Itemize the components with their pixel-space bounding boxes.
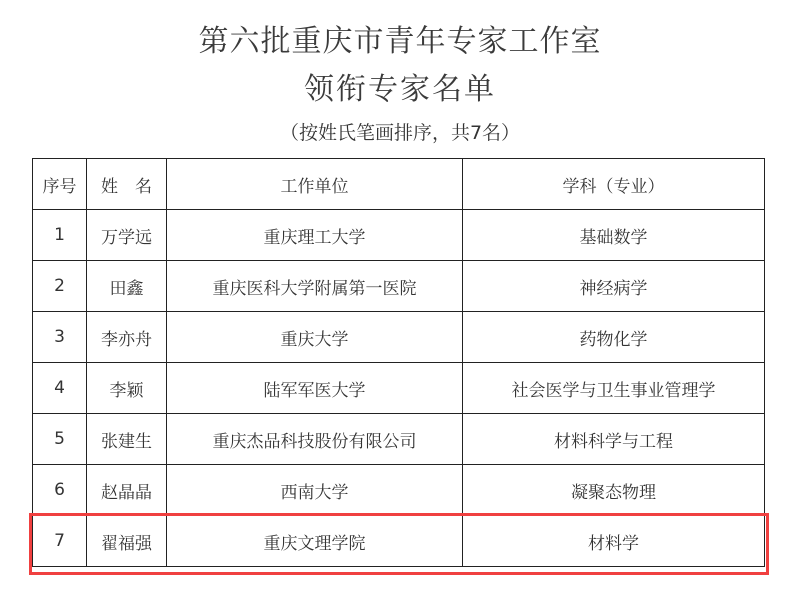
page-title: 第六批重庆市青年专家工作室 [0, 22, 800, 62]
cell-discipline: 基础数学 [463, 210, 765, 261]
cell-unit: 重庆理工大学 [167, 210, 463, 261]
cell-discipline: 社会医学与卫生事业管理学 [463, 363, 765, 414]
column-header-name: 姓 名 [87, 159, 167, 210]
table-row: 6 赵晶晶 西南大学 凝聚态物理 [33, 465, 765, 516]
cell-unit: 西南大学 [167, 465, 463, 516]
cell-name: 翟福强 [87, 516, 167, 567]
table-row: 4 李颖 陆军军医大学 社会医学与卫生事业管理学 [33, 363, 765, 414]
table-row: 1 万学远 重庆理工大学 基础数学 [33, 210, 765, 261]
page-subtitle: （按姓氏笔画排序，共7名） [0, 119, 800, 147]
table-row-highlighted: 7 翟福强 重庆文理学院 材料学 [33, 516, 765, 567]
cell-number: 4 [33, 363, 87, 414]
cell-name: 李颖 [87, 363, 167, 414]
expert-roster-table: 序号 姓 名 工作单位 学科（专业） 1 万学远 重庆理工大学 基础数学 2 田… [32, 158, 765, 567]
cell-unit: 重庆大学 [167, 312, 463, 363]
column-header-number: 序号 [33, 159, 87, 210]
cell-name: 赵晶晶 [87, 465, 167, 516]
cell-discipline: 材料学 [463, 516, 765, 567]
table-row: 3 李亦舟 重庆大学 药物化学 [33, 312, 765, 363]
cell-unit: 重庆杰品科技股份有限公司 [167, 414, 463, 465]
cell-name: 万学远 [87, 210, 167, 261]
cell-unit: 重庆文理学院 [167, 516, 463, 567]
page-title-line2: 领衔专家名单 [0, 70, 800, 110]
table-row: 5 张建生 重庆杰品科技股份有限公司 材料科学与工程 [33, 414, 765, 465]
cell-name: 田鑫 [87, 261, 167, 312]
cell-discipline: 神经病学 [463, 261, 765, 312]
cell-unit: 陆军军医大学 [167, 363, 463, 414]
cell-number: 1 [33, 210, 87, 261]
cell-name: 张建生 [87, 414, 167, 465]
cell-number: 2 [33, 261, 87, 312]
cell-discipline: 凝聚态物理 [463, 465, 765, 516]
column-header-unit: 工作单位 [167, 159, 463, 210]
table-row: 2 田鑫 重庆医科大学附属第一医院 神经病学 [33, 261, 765, 312]
cell-number: 3 [33, 312, 87, 363]
cell-discipline: 药物化学 [463, 312, 765, 363]
table-header-row: 序号 姓 名 工作单位 学科（专业） [33, 159, 765, 210]
cell-number: 7 [33, 516, 87, 567]
cell-number: 5 [33, 414, 87, 465]
cell-number: 6 [33, 465, 87, 516]
column-header-discipline: 学科（专业） [463, 159, 765, 210]
cell-name: 李亦舟 [87, 312, 167, 363]
cell-unit: 重庆医科大学附属第一医院 [167, 261, 463, 312]
cell-discipline: 材料科学与工程 [463, 414, 765, 465]
